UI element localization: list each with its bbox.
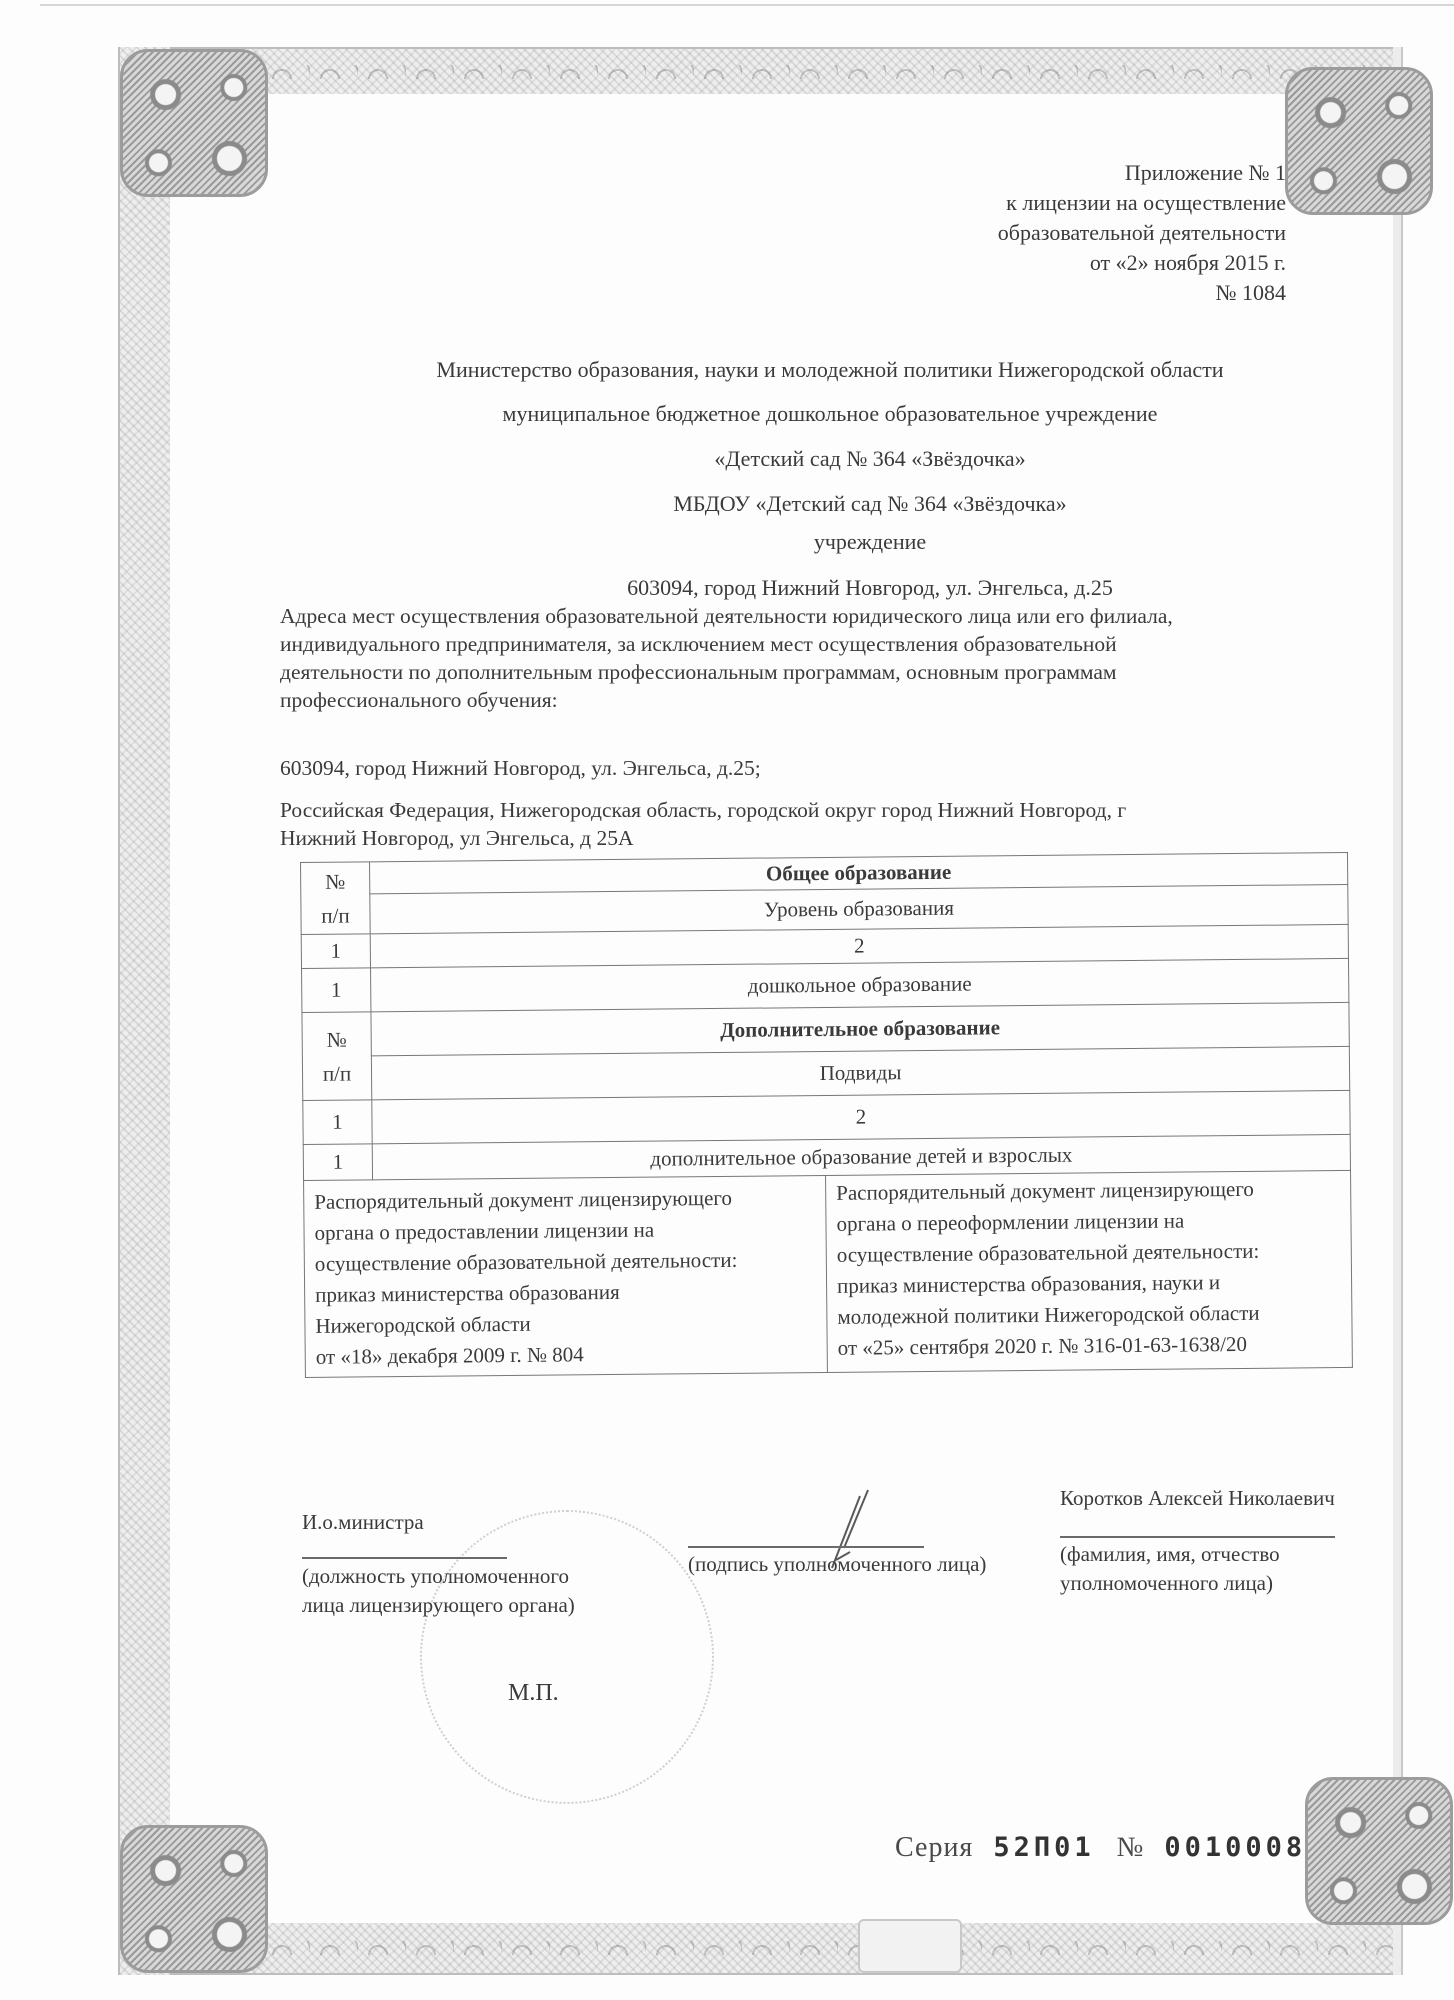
position-underline	[302, 1557, 507, 1559]
col-index: 1	[301, 934, 370, 969]
doc-line: от «18» декабря 2009 г. № 804	[316, 1337, 819, 1373]
signature-caption: (подпись уполномоченного лица)	[688, 1550, 986, 1579]
org-full-name-1: муниципальное бюджетное дошкольное образ…	[300, 401, 1360, 427]
address-line: Российская Федерация, Нижегородская обла…	[280, 796, 1320, 824]
col-index: 1	[303, 1100, 372, 1145]
doc-line: органа о переоформлении лицензии на	[836, 1204, 1342, 1240]
official-seal-stamp	[420, 1510, 714, 1804]
seal-label: М.П.	[508, 1680, 559, 1707]
address-2: Российская Федерация, Нижегородская обла…	[280, 796, 1320, 852]
position-value: И.о.министра	[302, 1508, 424, 1537]
pp-label: п/п	[307, 898, 363, 933]
education-table: № п/п Общее образование Уровень образова…	[300, 852, 1353, 1378]
caption-line: (должность уполномоченного	[302, 1562, 575, 1591]
caption-line: уполномоченного лица)	[1060, 1569, 1280, 1598]
series-label: Серия	[895, 1832, 973, 1863]
license-reissue-doc: Распорядительный документ лицензирующего…	[826, 1171, 1352, 1372]
frame-bottom-band	[118, 1923, 1403, 1975]
license-docs-row: Распорядительный документ лицензирующего…	[304, 1170, 1353, 1377]
appendix-header: Приложение № 1 к лицензии на осуществлен…	[998, 158, 1286, 308]
org-address: 603094, город Нижний Новгород, ул. Энгел…	[340, 575, 1400, 601]
pp-label: п/п	[309, 1056, 365, 1091]
signature-underline	[688, 1546, 924, 1548]
scan-top-edge	[40, 4, 1454, 6]
num-header: № п/п	[302, 1012, 372, 1101]
doc-line: Распорядительный документ лицензирующего	[836, 1173, 1342, 1209]
license-grant-doc: Распорядительный документ лицензирующего…	[304, 1176, 828, 1377]
frame-top-band	[118, 47, 1403, 94]
doc-line: органа о предоставлении лицензии на	[314, 1213, 817, 1249]
appendix-line: образовательной деятельности	[998, 218, 1286, 248]
frame-right-band	[1393, 47, 1403, 1975]
doc-line: молодежной политики Нижегородской област…	[837, 1297, 1343, 1333]
caption-line: (фамилия, имя, отчество	[1060, 1540, 1280, 1569]
address-1: 603094, город Нижний Новгород, ул. Энгел…	[280, 754, 1320, 782]
name-caption: (фамилия, имя, отчество уполномоченного …	[1060, 1540, 1280, 1598]
appendix-title: Приложение № 1	[998, 158, 1286, 188]
caption-line: лица лицензирующего органа)	[302, 1591, 575, 1620]
position-caption: (должность уполномоченного лица лицензир…	[302, 1562, 575, 1620]
doc-line: приказ министерства образования	[315, 1275, 818, 1311]
license-docs-cell: Распорядительный документ лицензирующего…	[304, 1170, 1353, 1377]
appendix-line: к лицензии на осуществление	[998, 188, 1286, 218]
row-number: 1	[302, 968, 371, 1013]
number-sign: №	[1117, 1832, 1145, 1863]
org-full-name-2: «Детский сад № 364 «Звёздочка»	[340, 446, 1400, 472]
series-value: 52П01	[993, 1832, 1094, 1863]
org-short-name: МБДОУ «Детский сад № 364 «Звёздочка»	[340, 491, 1400, 517]
doc-line: осуществление образовательной деятельнос…	[837, 1235, 1343, 1271]
num-header: № п/п	[301, 862, 371, 935]
paragraph-line: деятельности по дополнительным профессио…	[280, 658, 1300, 686]
org-type: учреждение	[340, 529, 1400, 555]
signer-name: Коротков Алексей Николаевич	[1060, 1484, 1335, 1513]
doc-line: приказ министерства образования, науки и	[837, 1266, 1343, 1302]
doc-line: Распорядительный документ лицензирующего	[314, 1182, 817, 1218]
doc-line: от «25» сентября 2020 г. № 316-01-63-163…	[838, 1328, 1344, 1364]
doc-line: Нижегородской области	[315, 1306, 818, 1342]
frame-left-band	[118, 47, 170, 1975]
name-underline	[1060, 1536, 1335, 1538]
form-series: Серия 52П01 № 0010008	[895, 1832, 1306, 1864]
form-number: 0010008	[1164, 1832, 1306, 1863]
row-number: 1	[303, 1144, 372, 1181]
address-line: Нижний Новгород, ул Энгельса, д 25А	[280, 824, 1320, 852]
licensing-authority: Министерство образования, науки и молоде…	[300, 357, 1360, 383]
corner-ornament-icon	[1285, 67, 1433, 215]
appendix-date: от «2» ноября 2015 г.	[998, 248, 1286, 278]
addresses-intro: Адреса мест осуществления образовательно…	[280, 602, 1300, 714]
corner-ornament-icon	[120, 1825, 268, 1973]
frame-knot-ornament-icon	[858, 1919, 962, 1973]
num-sign: №	[307, 864, 363, 899]
paragraph-line: индивидуального предпринимателя, за искл…	[280, 630, 1300, 658]
appendix-number: № 1084	[998, 278, 1286, 308]
doc-line: осуществление образовательной деятельнос…	[315, 1244, 818, 1280]
corner-ornament-icon	[120, 49, 268, 197]
paragraph-line: Адреса мест осуществления образовательно…	[280, 602, 1300, 630]
num-sign: №	[309, 1022, 365, 1057]
corner-ornament-icon	[1305, 1777, 1453, 1925]
paragraph-line: профессионального обучения:	[280, 686, 1300, 714]
